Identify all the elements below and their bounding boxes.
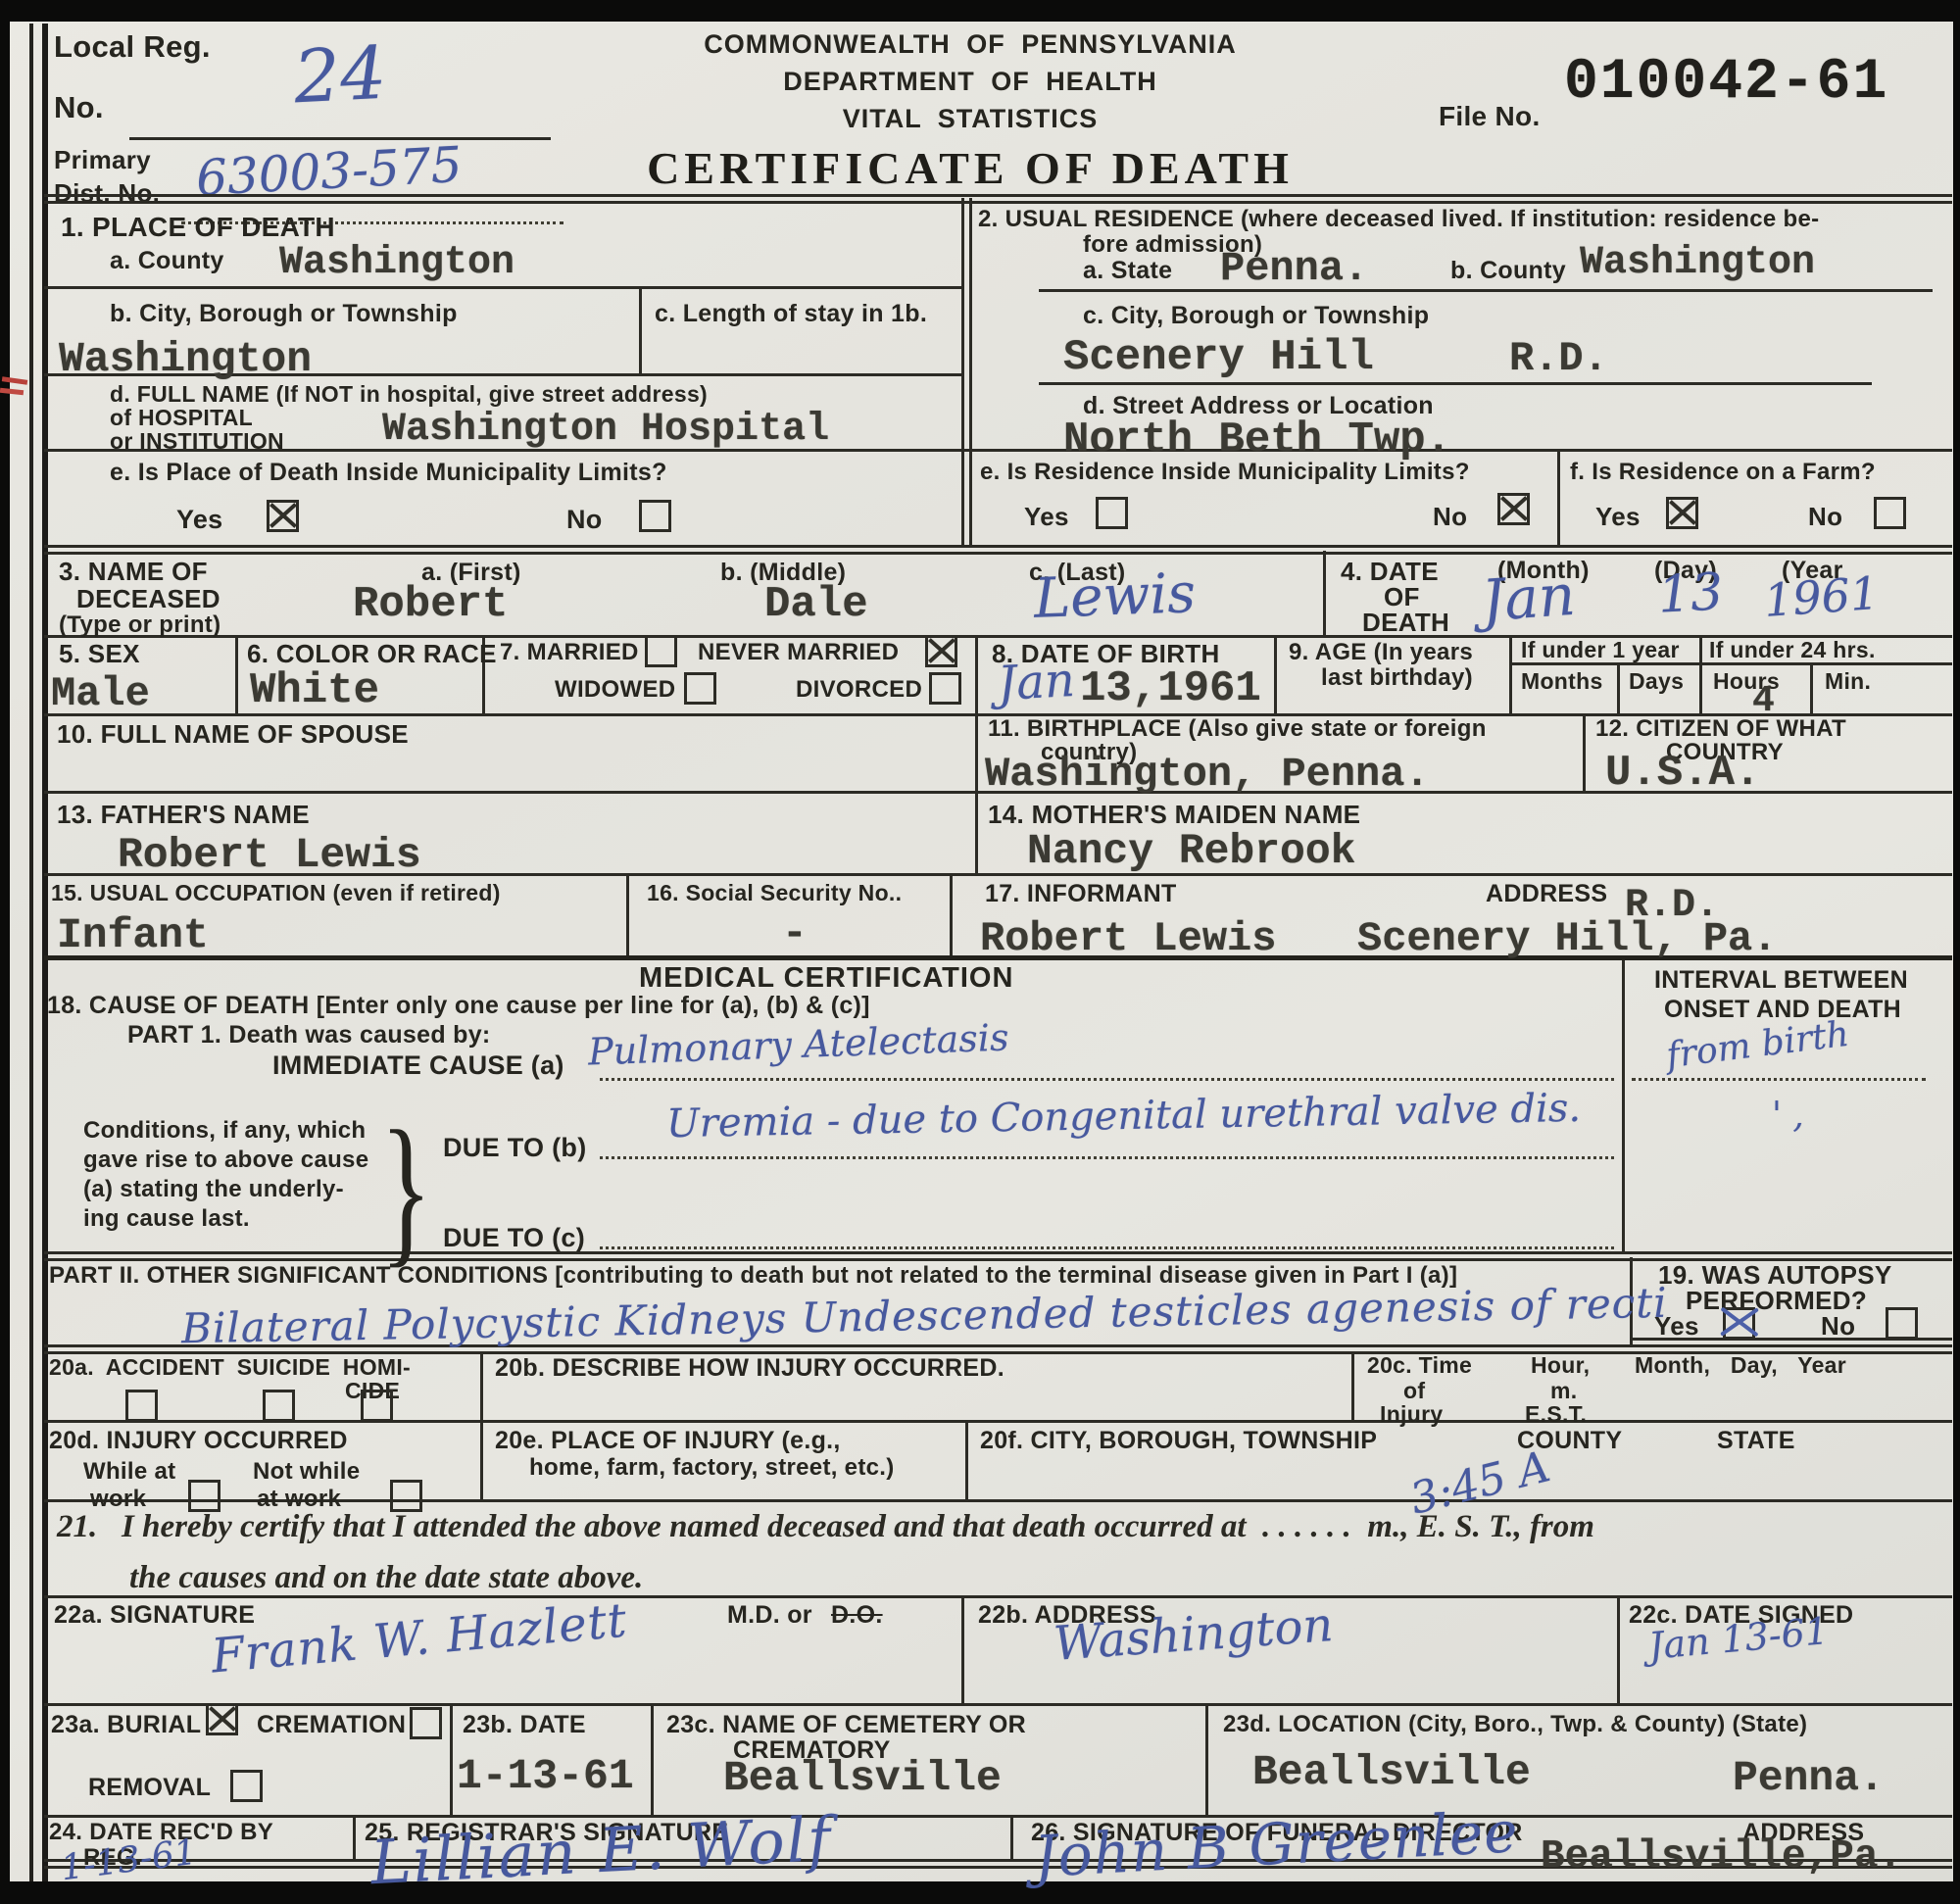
while-at-work-checkbox [188, 1480, 220, 1512]
department-line: DEPARTMENT OF HEALTH [549, 67, 1392, 97]
due-to-c-label: DUE TO (c) [443, 1223, 585, 1253]
rule [600, 1246, 1614, 1249]
file-no-label: File No. [1439, 101, 1541, 132]
birthplace-value: Washington, Penna. [985, 751, 1430, 798]
days-label: Days [1629, 668, 1684, 695]
death-municipality-no-checkbox [639, 500, 671, 532]
medical-certification-title: MEDICAL CERTIFICATION [639, 962, 1013, 995]
local-reg-number-handwritten: 24 [292, 31, 389, 121]
conditions-label-2: gave rise to above cause [83, 1147, 368, 1174]
hour-label: Hour, [1531, 1352, 1590, 1379]
married-label: 7. MARRIED [500, 639, 639, 666]
scan-edge-top [0, 0, 1960, 22]
rule [44, 1420, 1952, 1423]
informant-address-value: Scenery Hill, Pa. [1357, 915, 1777, 962]
informant-address-label: ADDRESS [1486, 880, 1607, 908]
time-of-injury-label-1: 20c. Time [1367, 1352, 1472, 1379]
city-value: Washington [59, 335, 312, 383]
death-month-handwritten: Jan [1480, 561, 1578, 634]
yes-label: Yes [1654, 1311, 1699, 1342]
name-of-deceased-label-1: 3. NAME OF [59, 557, 208, 587]
hospital-name-label-3: or INSTITUTION [110, 428, 284, 455]
divorced-label: DIVORCED [796, 676, 922, 704]
hospital-name-label-1: d. FULL NAME (If NOT in hospital, give s… [110, 381, 708, 408]
commonwealth-line: COMMONWEALTH OF PENNSYLVANIA [549, 29, 1392, 60]
yes-label: Yes [1024, 502, 1069, 532]
rule [450, 1703, 453, 1815]
location-value: Beallsville [1252, 1748, 1531, 1796]
physician-signature-handwritten: Frank W. Hazlett [209, 1593, 629, 1684]
rule [44, 449, 1952, 452]
rule [1323, 551, 1326, 635]
residence-city-value: Scenery Hill [1063, 333, 1374, 382]
scan-edge-bottom [0, 1881, 1960, 1904]
no-label: No. [54, 90, 104, 125]
certify-text-1: I hereby certify that I attended the abo… [122, 1509, 1247, 1544]
divorced-checkbox [929, 672, 961, 705]
vital-statistics-line: VITAL STATISTICS [549, 104, 1392, 134]
funeral-director-signature-handwritten: John B Greenlee [1033, 1798, 1521, 1890]
cemetery-value: Beallsville [723, 1754, 1002, 1802]
residence-municipality-yes-checkbox [1096, 497, 1128, 529]
not-while-label: Not while [253, 1458, 360, 1486]
cremation-checkbox [410, 1707, 442, 1739]
rule [44, 545, 1952, 555]
due-to-b-label: DUE TO (b) [443, 1133, 587, 1163]
certificate-title: CERTIFICATE OF DEATH [549, 142, 1392, 194]
name-of-deceased-label-3: (Type or print) [59, 611, 220, 639]
residence-farm-yes-checkbox [1666, 497, 1698, 529]
time-of-injury-label-2: of [1403, 1378, 1425, 1404]
no-label: No [1808, 502, 1842, 532]
do-label-struck: D.O. [831, 1601, 883, 1630]
scan-edge-right [1953, 22, 1960, 1881]
rule [353, 1815, 356, 1862]
state-label: a. State [1083, 257, 1172, 285]
interval-label-2: ONSET AND DEATH [1664, 996, 1901, 1024]
certify-statement-line-2: the causes and on the date state above. [129, 1560, 643, 1596]
county-value: Washington [279, 241, 514, 285]
primary-label: Primary [54, 145, 151, 175]
residence-farm-label: f. Is Residence on a Farm? [1570, 459, 1876, 486]
rule [129, 137, 551, 140]
rule [44, 1703, 1952, 1706]
first-name-value: Robert [353, 580, 508, 629]
rule [626, 873, 629, 955]
occupation-value: Infant [57, 911, 209, 959]
no-label: No [1433, 502, 1467, 532]
informant-value: Robert Lewis [980, 915, 1276, 962]
certify-statement-line-1: 21. I hereby certify that I attended the… [57, 1509, 1594, 1545]
binding-fold-line [29, 24, 33, 1881]
state-value: Penna. [1220, 245, 1368, 292]
local-reg-label: Local Reg. [54, 29, 211, 65]
death-municipality-yes-checkbox [267, 500, 299, 532]
certify-dots: . . . . . . [1262, 1509, 1351, 1544]
accident-suicide-homicide-label: 20a. ACCIDENT SUICIDE HOMI- [49, 1354, 411, 1381]
autopsy-no-checkbox [1886, 1307, 1918, 1340]
rule [44, 286, 961, 289]
middle-name-value: Dale [764, 580, 868, 629]
no-label: No [1821, 1311, 1855, 1342]
sex-value: Male [51, 670, 150, 717]
rule [965, 1420, 968, 1499]
rule [1810, 662, 1813, 713]
widowed-label: WIDOWED [555, 676, 675, 704]
birth-date-typed: 13,1961 [1080, 664, 1261, 713]
informant-label: 17. INFORMANT [985, 880, 1177, 908]
suicide-checkbox [263, 1390, 295, 1422]
rule [1617, 1595, 1620, 1703]
months-label: Months [1521, 668, 1603, 695]
ssn-value: - [782, 909, 808, 957]
signature-label: 22a. SIGNATURE [54, 1601, 255, 1630]
scan-edge-left [0, 22, 10, 1881]
hospital-value: Washington Hospital [382, 408, 829, 452]
part1-label: PART 1. Death was caused by: [127, 1021, 491, 1050]
rule [961, 1595, 964, 1703]
rule [975, 791, 978, 873]
while-at-label: While at [83, 1458, 175, 1486]
fathers-name-label: 13. FATHER'S NAME [57, 800, 310, 830]
mothers-maiden-name-value: Nancy Rebrook [1027, 827, 1355, 875]
cemetery-label-1: 23c. NAME OF CEMETERY OR [666, 1711, 1026, 1739]
certify-text-2: m., E. S. T., from [1367, 1509, 1594, 1544]
rule [1583, 713, 1586, 791]
city-borough-label: b. City, Borough or Township [110, 300, 458, 328]
time-of-injury-label-3: Injury [1380, 1401, 1443, 1428]
burial-label: 23a. BURIAL [51, 1711, 201, 1739]
yes-label: Yes [176, 505, 222, 535]
hospital-name-label-2: of HOSPITAL [110, 405, 253, 431]
burial-checkbox [206, 1703, 238, 1735]
injury-city-label: 20f. CITY, BOROUGH, TOWNSHIP [980, 1427, 1377, 1455]
rule [480, 1420, 483, 1499]
funeral-director-address-value: Beallsville,Pa. [1541, 1834, 1902, 1880]
homicide-checkbox [361, 1390, 393, 1422]
removal-label: REMOVAL [88, 1774, 211, 1802]
file-no-stamp: 010042-61 [1564, 51, 1888, 115]
rule [1622, 960, 1625, 1251]
county-label: a. County [110, 247, 224, 275]
rule [44, 1815, 1952, 1818]
cremation-label: CREMATION [257, 1711, 406, 1739]
rule [975, 635, 978, 713]
under-24-hrs-label: If under 24 hrs. [1709, 637, 1876, 663]
location-label: 23d. LOCATION (City, Boro., Twp. & Count… [1223, 1711, 1807, 1738]
color-race-value: White [250, 666, 379, 715]
under-1-year-label: If under 1 year [1521, 637, 1680, 663]
cause-of-death-label: 18. CAUSE OF DEATH [Enter only one cause… [47, 992, 870, 1020]
residence-city-label: c. City, Borough or Township [1083, 302, 1429, 330]
header-center: COMMONWEALTH OF PENNSYLVANIA DEPARTMENT … [549, 29, 1392, 194]
interval-label-1: INTERVAL BETWEEN [1654, 966, 1908, 995]
never-married-label: NEVER MARRIED [698, 639, 899, 666]
sex-label: 5. SEX [59, 639, 140, 669]
rule [639, 286, 642, 373]
part2-handwritten: Bilateral Polycystic Kidneys Undescended… [181, 1279, 1668, 1352]
rule [961, 198, 972, 449]
rule [1039, 289, 1933, 292]
date-of-death-label-3: DEATH [1362, 608, 1449, 638]
place-of-death-title: 1. PLACE OF DEATH [61, 212, 335, 243]
m-label: m. [1550, 1378, 1577, 1404]
accident-checkbox [125, 1390, 158, 1422]
name-of-deceased-label-2: DECEASED [76, 584, 220, 614]
due-to-b-handwritten: Uremia - due to Congenital urethral valv… [666, 1086, 1582, 1147]
rule [1617, 662, 1620, 713]
rule [235, 635, 238, 713]
place-of-injury-label-2: home, farm, factory, street, etc.) [529, 1454, 895, 1482]
brace-glyph: } [380, 1105, 432, 1273]
residence-farm-no-checkbox [1874, 497, 1906, 529]
residence-rd-value: R.D. [1509, 335, 1608, 382]
immediate-cause-label: IMMEDIATE CAUSE (a) [272, 1050, 564, 1081]
month-day-year-label: Month, Day, Year [1635, 1352, 1846, 1379]
immediate-cause-handwritten: Pulmonary Atelectasis [587, 1016, 1009, 1074]
rule [1351, 1352, 1354, 1420]
rule [975, 713, 978, 791]
location-state-value: Penna. [1733, 1754, 1885, 1802]
rule [1632, 1078, 1926, 1081]
widowed-checkbox [684, 672, 716, 705]
mothers-maiden-name-label: 14. MOTHER'S MAIDEN NAME [988, 800, 1360, 830]
married-checkbox [645, 635, 677, 667]
residence-municipality-no-checkbox [1497, 493, 1530, 525]
injury-occurred-label: 20d. INJURY OCCURRED [49, 1427, 348, 1455]
street-address-value: North Beth Twp. [1063, 415, 1451, 464]
residence-county-value: Washington [1580, 241, 1815, 285]
fathers-name-value: Robert Lewis [118, 831, 421, 879]
conditions-label-3: (a) stating the underly- [83, 1176, 344, 1203]
min-label: Min. [1825, 668, 1871, 695]
binding-fold-line [42, 24, 48, 1881]
describe-injury-label: 20b. DESCRIBE HOW INJURY OCCURRED. [495, 1354, 1004, 1383]
citizen-value: U.S.A. [1605, 749, 1760, 798]
rule [1699, 635, 1702, 713]
death-municipality-label: e. Is Place of Death Inside Municipality… [110, 459, 667, 487]
rule [1205, 1703, 1208, 1815]
yes-label: Yes [1595, 502, 1641, 532]
death-day-handwritten: 13 [1656, 562, 1724, 624]
rule [44, 194, 1952, 204]
color-race-label: 6. COLOR OR RACE [247, 639, 497, 669]
death-year-handwritten: 1961 [1762, 566, 1881, 627]
occupation-label: 15. USUAL OCCUPATION (even if retired) [51, 880, 501, 906]
rule [1010, 1815, 1013, 1862]
conditions-label-1: Conditions, if any, which [83, 1117, 366, 1145]
burial-date-value: 1-13-61 [457, 1752, 634, 1800]
never-married-checkbox [925, 635, 957, 667]
injury-state-label: STATE [1717, 1427, 1795, 1455]
certify-number: 21. [57, 1509, 97, 1544]
rule [1039, 382, 1872, 385]
age-label-2: last birthday) [1321, 664, 1473, 692]
rule [651, 1703, 654, 1815]
birth-month-handwritten: Jan [997, 653, 1077, 711]
removal-checkbox [230, 1770, 263, 1802]
rule [1557, 449, 1560, 545]
usual-residence-title: 2. USUAL RESIDENCE (where deceased lived… [978, 206, 1819, 233]
spouse-label: 10. FULL NAME OF SPOUSE [57, 719, 409, 750]
rule [480, 1352, 483, 1420]
death-certificate-scan: Local Reg. No. 24 Primary Dist. No. 6300… [0, 0, 1960, 1904]
rule [1274, 635, 1277, 713]
conditions-label-4: ing cause last. [83, 1205, 250, 1233]
interval-b-handwritten: ' , [1772, 1096, 1804, 1136]
length-of-stay-label: c. Length of stay in 1b. [655, 300, 927, 328]
no-label: No [566, 505, 603, 535]
est-label: E.S.T. [1525, 1401, 1587, 1428]
last-name-handwritten: Lewis [1033, 561, 1197, 631]
rule [961, 449, 972, 545]
ssn-label: 16. Social Security No.. [647, 880, 902, 906]
rule [950, 873, 953, 955]
not-while-at-work-checkbox [390, 1480, 422, 1512]
place-of-injury-label-1: 20e. PLACE OF INJURY (e.g., [495, 1427, 841, 1455]
md-label: M.D. or [727, 1601, 812, 1630]
autopsy-yes-checkbox [1723, 1307, 1755, 1340]
rule [1509, 635, 1512, 713]
residence-county-label: b. County [1450, 257, 1566, 285]
burial-date-label: 23b. DATE [463, 1711, 586, 1739]
rule [600, 1156, 1614, 1159]
rule [600, 1078, 1614, 1081]
age-label-1: 9. AGE (In years [1289, 639, 1473, 666]
residence-municipality-label: e. Is Residence Inside Municipality Limi… [980, 459, 1470, 486]
